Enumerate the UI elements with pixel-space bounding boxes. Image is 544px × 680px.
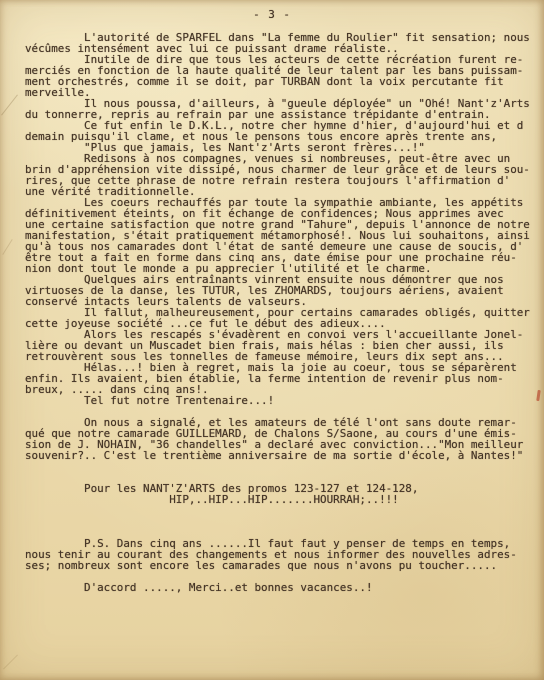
text-line (25, 516, 538, 527)
text-line: D'accord ....., Merci..et bonnes vacance… (25, 582, 538, 593)
text-line: Tel fut notre Trentenaire...! (25, 395, 538, 406)
document-text: L'autorité de SPARFEL dans "La femme du … (0, 32, 544, 593)
text-line (25, 461, 538, 472)
paper-crease (3, 655, 18, 670)
text-line: ses; nombreux sont encore les camarades … (25, 560, 538, 571)
text-line: souvenir?.. C'est le trentième anniversa… (25, 450, 538, 461)
page-number: - 3 - (0, 0, 544, 20)
text-line: ment orchestrés, comme il se doit, par T… (25, 76, 538, 87)
typewritten-page: - 3 - L'autorité de SPARFEL dans "La fem… (0, 0, 544, 680)
text-line (25, 505, 538, 516)
text-line: HIP,..HIP...HIP.......HOURRAH;..!!! (25, 494, 538, 505)
